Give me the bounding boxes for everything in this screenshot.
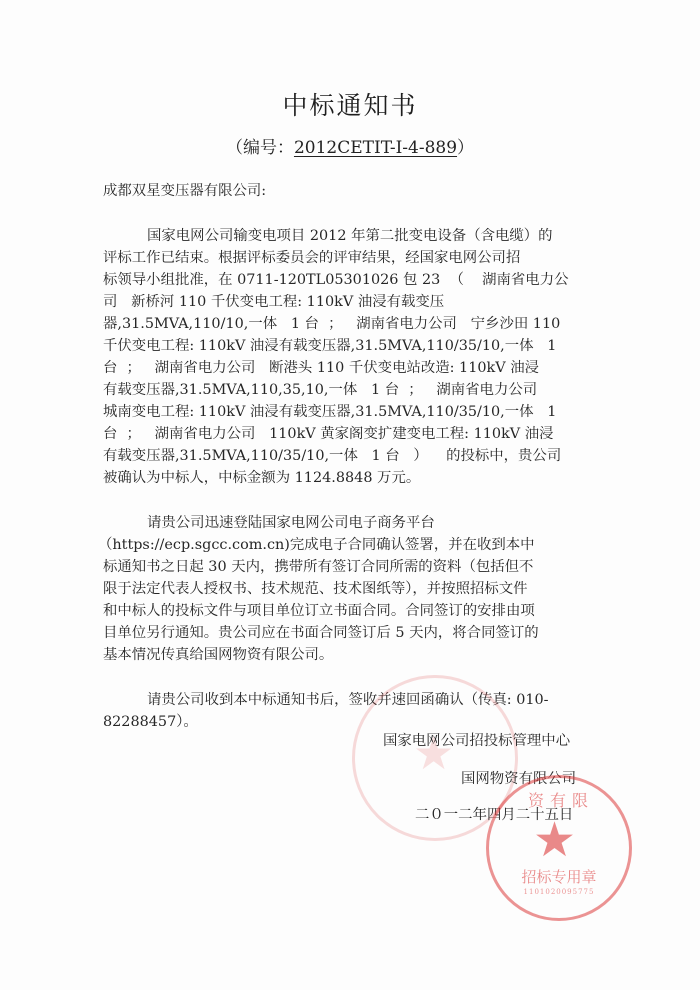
- paragraph1-line: 千伏变电工程: 110kV 油浸有载变压器,31.5MVA,110/35/10,…: [103, 335, 556, 357]
- paragraph1-line: 标领导小组批准，在 0711-120TL05301026 包 23 （ 湖南省电…: [103, 269, 568, 291]
- recipient: 成都双星变压器有限公司:: [103, 180, 266, 202]
- issue-date: 二０一二年四月二十五日: [415, 803, 573, 824]
- paragraph3-line: 82288457）。: [103, 711, 198, 733]
- paragraph2-line: 和中标人的投标文件与项目单位订立书面合同。合同签订的安排由项: [103, 600, 535, 622]
- paragraph1-line: 被确认为中标人，中标金额为 1124.8848 万元。: [103, 467, 420, 489]
- official-seal: 资有限 ★ 招标专用章 1101020095775: [486, 775, 632, 921]
- paragraph1-line: 司 新桥河 110 千伏变电工程: 110kV 油浸有载变压: [103, 291, 444, 313]
- seal-bottom-text: 招标专用章: [509, 866, 609, 887]
- paragraph2-line: 请贵公司迅速登陆国家电网公司电子商务平台: [147, 512, 435, 534]
- document-page: 中标通知书 （编号：2012CETIT-I-4-889） 成都双星变压器有限公司…: [0, 0, 700, 990]
- seal-code: 1101020095775: [509, 888, 609, 896]
- paragraph2-line: 标通知书之日起 30 天内，携带所有签订合同所需的资料（包括但不: [103, 556, 533, 578]
- paragraph1-line: 有载变压器,31.5MVA,110,35,10,一体 1 台 ； 湖南省电力公司: [103, 379, 537, 401]
- issuer-sgcc-materials: 国网物资有限公司: [461, 767, 576, 788]
- issuer-tender-center: 国家电网公司招投标管理中心: [383, 729, 570, 750]
- paragraph1-line: 台 ； 湖南省电力公司 断港头 110 千伏变电站改造: 110kV 油浸: [103, 357, 539, 379]
- document-number-prefix: （编号：: [226, 138, 294, 158]
- document-number: （编号：2012CETIT-I-4-889）: [0, 133, 700, 158]
- document-number-suffix: ）: [457, 138, 474, 158]
- document-title: 中标通知书: [0, 86, 700, 122]
- paragraph2-line: 目单位另行通知。贵公司应在书面合同签订后 5 天内，将合同签订的: [103, 622, 539, 644]
- paragraph1-line: 评标工作已结束。根据评标委员会的评审结果，经国家电网公司招: [103, 247, 520, 269]
- paragraph1-line: 器,31.5MVA,110/10,一体 1 台 ； 湖南省电力公司 宁乡沙田 1…: [103, 313, 560, 335]
- paragraph1-line: 台 ； 湖南省电力公司 110kV 黄家阁变扩建变电工程: 110kV 油浸: [103, 423, 554, 445]
- paragraph3-line: 请贵公司收到本中标通知书后，签收并速回函确认（传真: 010-: [147, 689, 549, 711]
- paragraph1-line: 国家电网公司输变电项目 2012 年第二批变电设备（含电缆）的: [147, 225, 553, 247]
- paragraph1-line: 有载变压器,31.5MVA,110/35/10,一体 1 台 ） 的投标中，贵公…: [103, 445, 561, 467]
- paragraph2-line: 限于法定代表人授权书、技术规范、技术图纸等），并按照招标文件: [103, 578, 528, 600]
- paragraph2-line: （https://ecp.sgcc.com.cn)完成电子合同确认签署，并在收到…: [98, 534, 535, 556]
- paragraph1-line: 城南变电工程: 110kV 油浸有载变压器,31.5MVA,110/35/10,…: [103, 401, 556, 423]
- paragraph2-line: 基本情况传真给国网物资有限公司。: [103, 644, 333, 666]
- document-number-value: 2012CETIT-I-4-889: [294, 138, 457, 158]
